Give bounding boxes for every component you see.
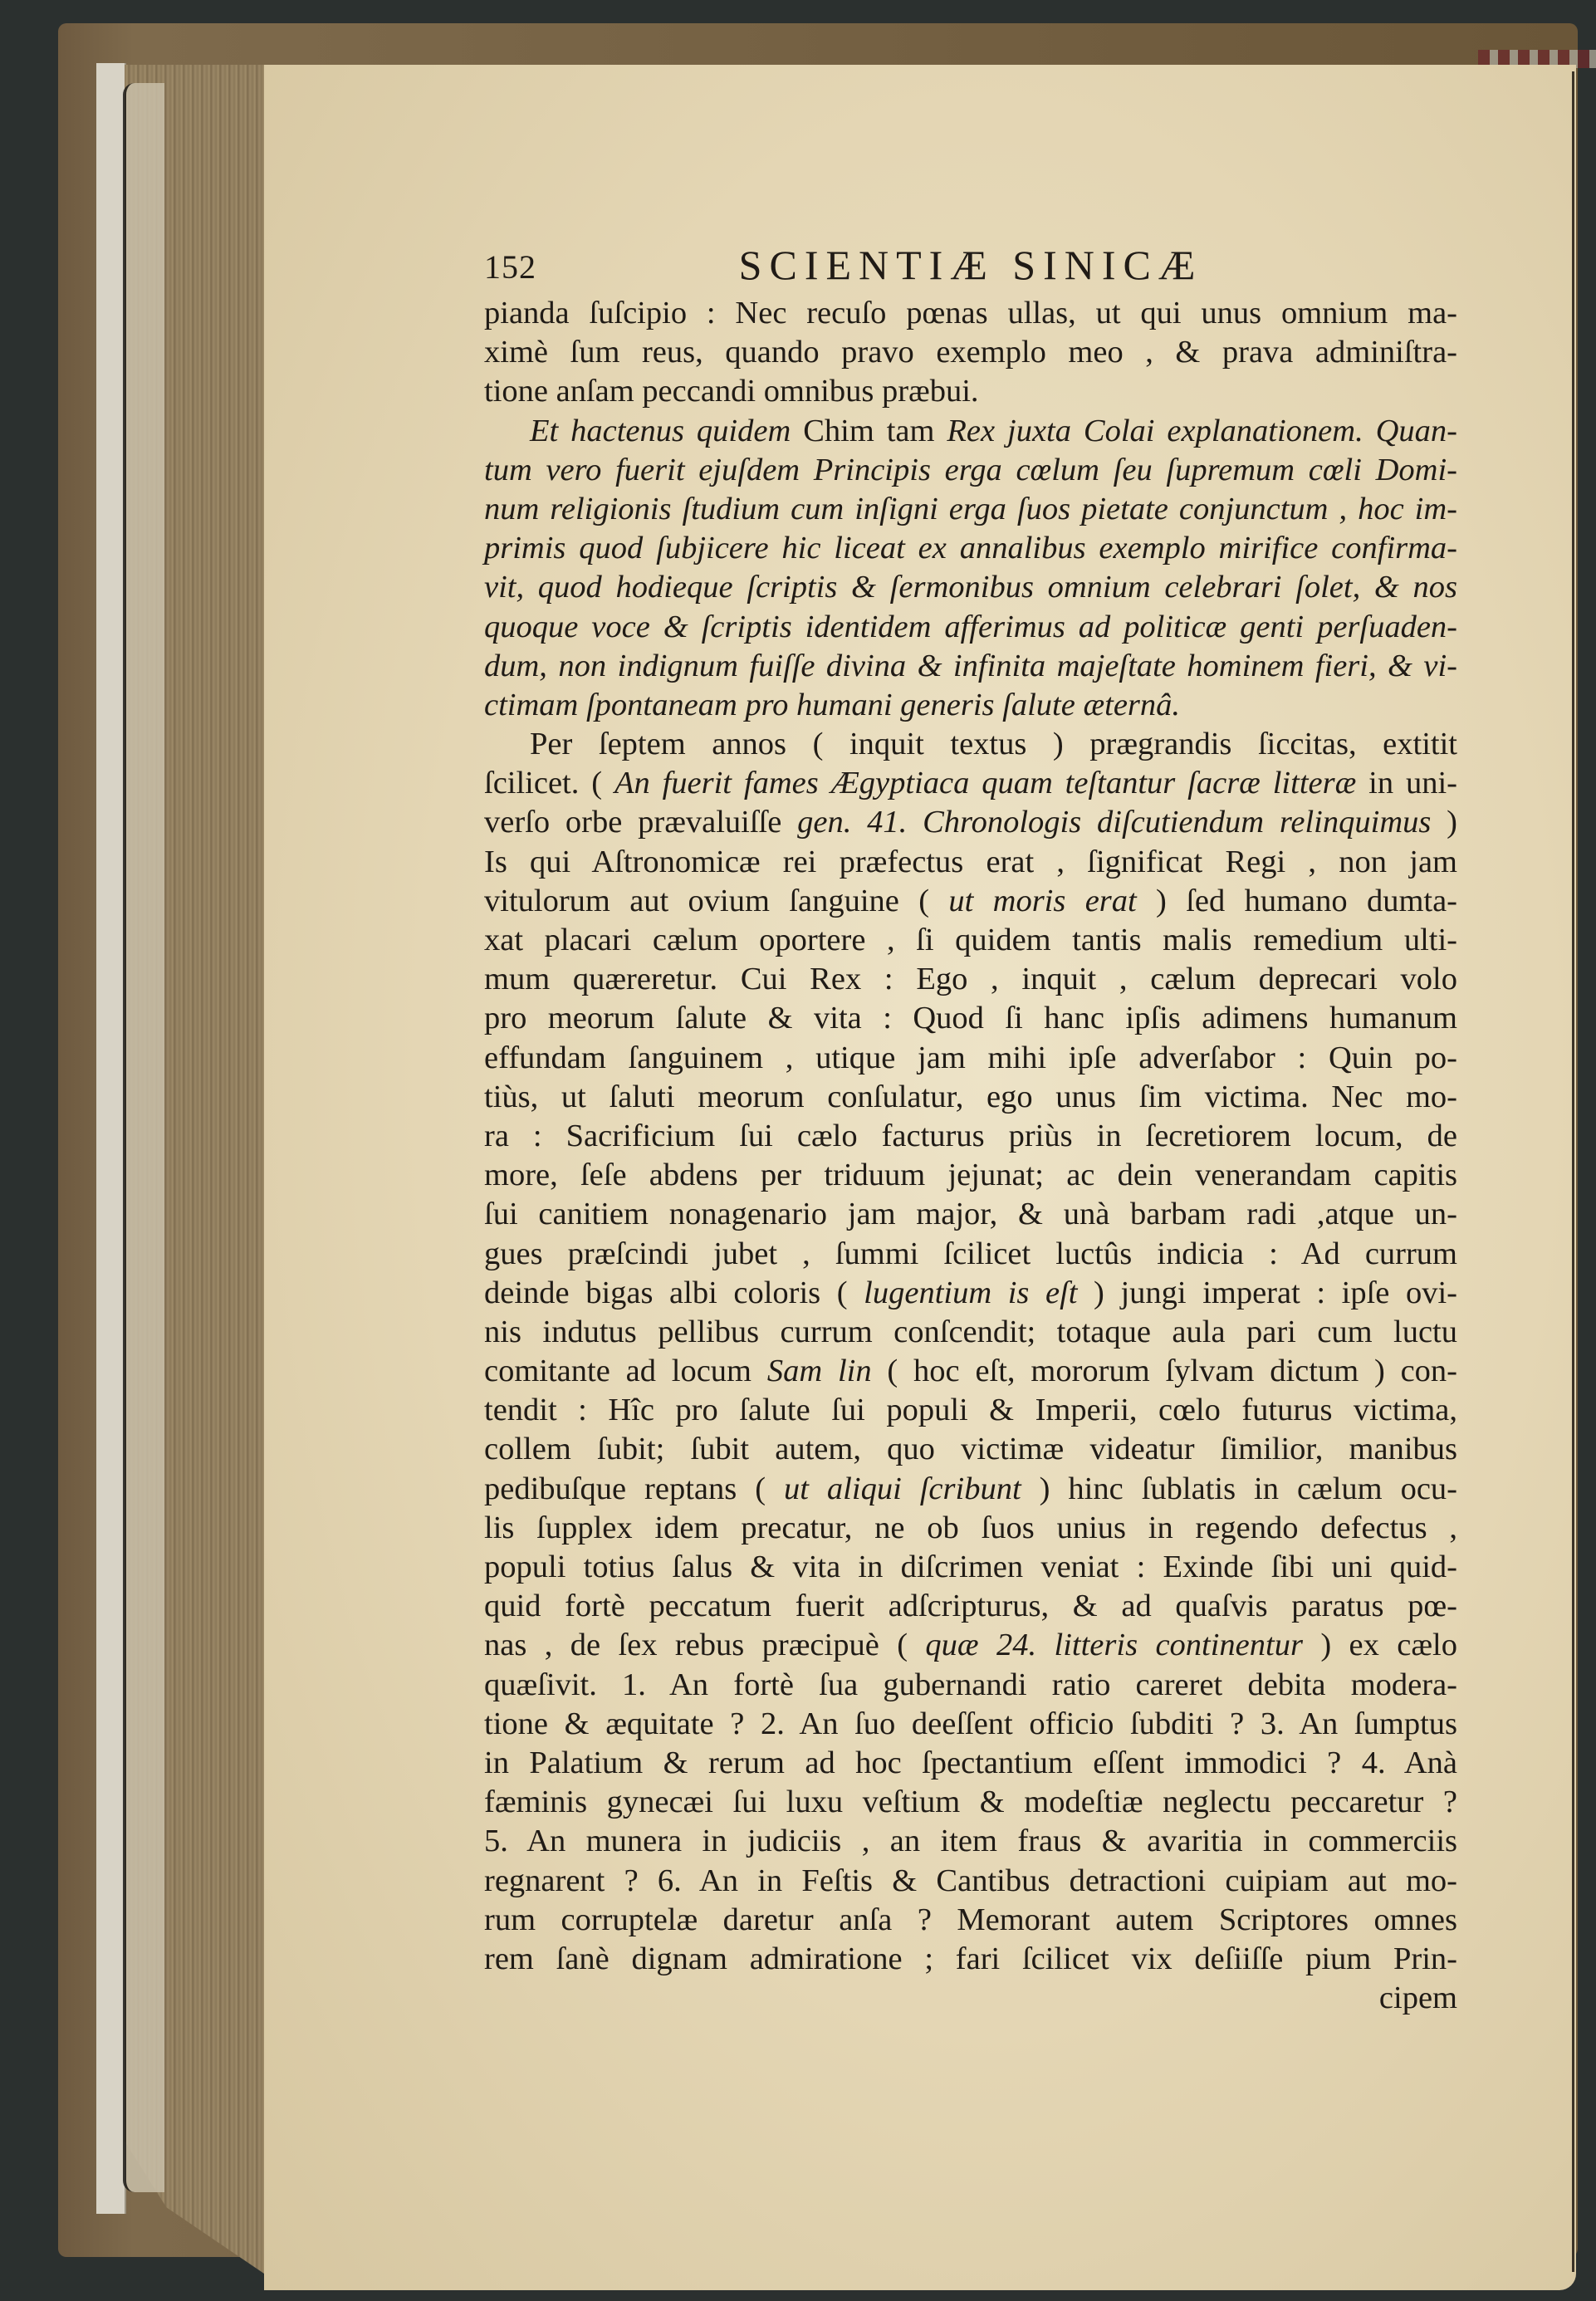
roman-text: ( hoc eſt, mororum ſylvam dictum ) con- (872, 1354, 1457, 1388)
roman-text: verſo orbe prævaluiſſe (484, 805, 797, 840)
roman-text: quid fortè peccatum fuerit adſcripturus,… (484, 1589, 1457, 1623)
roman-text: in Palatium & rerum ad hoc ſpectantium e… (484, 1745, 1457, 1780)
roman-text: tione & æquitate ? 2. An ſuo deeſſent of… (484, 1706, 1457, 1741)
text-line: nas , de ſex rebus præcipuè ( quæ 24. li… (484, 1626, 1457, 1665)
endpaper (96, 63, 126, 2214)
text-line: nis indutus pellibus currum conſcendit; … (484, 1313, 1457, 1352)
italic-text: ctimam ſpontaneam pro humani generis ſal… (484, 688, 1180, 722)
text-line: lis ſupplex idem precatur, ne ob ſuos un… (484, 1509, 1457, 1548)
page-title: SCIENTIÆ SINICÆ (484, 241, 1457, 289)
italic-text: ut moris erat (948, 884, 1136, 918)
roman-text: tendit : Hîc pro ſalute ſui populi & Imp… (484, 1393, 1457, 1427)
roman-text: vitulorum aut ovium ſanguine ( (484, 884, 948, 918)
text-line: dum, non indignum fuiſſe divina & infini… (484, 647, 1457, 686)
text-line: pianda ſuſcipio : Nec recuſo pœnas ullas… (484, 294, 1457, 333)
text-line: Et hactenus quidem Chim tam Rex juxta Co… (484, 412, 1457, 451)
text-line: fæminis gynecæi ſui luxu veſtium & modeſ… (484, 1783, 1457, 1822)
text-line: tione & æquitate ? 2. An ſuo deeſſent of… (484, 1705, 1457, 1744)
roman-text: gues præſcindi jubet , ſummi ſcilicet lu… (484, 1236, 1457, 1271)
italic-text: quæ 24. litteris continentur (925, 1628, 1303, 1662)
text-line: pro meorum ſalute & vita : Quod ſi hanc … (484, 999, 1457, 1038)
roman-text: comitante ad locum (484, 1354, 767, 1388)
text-line: comitante ad locum Sam lin ( hoc eſt, mo… (484, 1352, 1457, 1391)
text-line: more, ſeſe abdens per triduum jejunat; a… (484, 1156, 1457, 1195)
text-line: rem ſanè dignam admiratione ; fari ſcili… (484, 1940, 1457, 1979)
italic-text: dum, non indignum fuiſſe divina & infini… (484, 649, 1457, 683)
text-line: rum corruptelæ daretur anſa ? Memorant a… (484, 1901, 1457, 1940)
italic-text: vit, quod hodieque ſcriptis & ſermonibus… (484, 570, 1457, 605)
italic-text: primis quod ſubjicere hic liceat ex anna… (484, 531, 1457, 565)
roman-text: rum corruptelæ daretur anſa ? Memorant a… (484, 1902, 1457, 1937)
italic-text: ut aliqui ſcribunt (784, 1471, 1021, 1506)
text-line: ra : Sacrificium ſui cælo facturus priùs… (484, 1117, 1457, 1156)
roman-text: deinde bigas albi coloris ( (484, 1275, 864, 1310)
roman-text: nas , de ſex rebus præcipuè ( (484, 1628, 925, 1662)
text-line: tiùs, ut ſaluti meorum conſulatur, ego u… (484, 1078, 1457, 1117)
roman-text: ſui canitiem nonagenario jam major, & un… (484, 1197, 1457, 1231)
text-line: vitulorum aut ovium ſanguine ( ut moris … (484, 882, 1457, 921)
text-line: tum vero fuerit ejuſdem Principis erga c… (484, 451, 1457, 490)
roman-text: 5. An munera in judiciis , an item fraus… (484, 1824, 1457, 1858)
text-line: gues præſcindi jubet , ſummi ſcilicet lu… (484, 1235, 1457, 1274)
roman-text: ) ex cælo (1303, 1628, 1457, 1662)
bookmark-tab (123, 83, 164, 2192)
italic-text: gen. 41. Chronologis diſcutiendum relinq… (797, 805, 1431, 840)
roman-text: ) (1431, 805, 1457, 840)
roman-text: mum quæreretur. Cui Rex : Ego , inquit ,… (484, 962, 1457, 996)
body-text: pianda ſuſcipio : Nec recuſo pœnas ullas… (484, 294, 1457, 1979)
text-line: quæſivit. 1. An fortè ſua gubernandi rat… (484, 1666, 1457, 1705)
italic-text: tum vero fuerit ejuſdem Principis erga c… (484, 453, 1457, 487)
roman-text: more, ſeſe abdens per triduum jejunat; a… (484, 1158, 1457, 1192)
italic-text: Sam lin (767, 1354, 872, 1388)
roman-text: pro meorum ſalute & vita : Quod ſi hanc … (484, 1001, 1457, 1035)
italic-text: quoque voce & ſcriptis identidem afferim… (484, 610, 1457, 644)
text-line: xat placari cælum oportere , ſi quidem t… (484, 921, 1457, 960)
italic-text: Et hactenus quidem (530, 414, 803, 448)
roman-text: ximè ſum reus, quando pravo exemplo meo … (484, 335, 1457, 370)
text-line: regnarent ? 6. An in Feſtis & Cantibus d… (484, 1862, 1457, 1901)
roman-text: lis ſupplex idem precatur, ne ob ſuos un… (484, 1510, 1457, 1545)
italic-text: lugentium is eſt (864, 1275, 1077, 1310)
text-line: mum quæreretur. Cui Rex : Ego , inquit ,… (484, 960, 1457, 999)
text-line: ximè ſum reus, quando pravo exemplo meo … (484, 333, 1457, 372)
text-line: Is qui Aſtronomicæ rei præfectus erat , … (484, 843, 1457, 882)
text-line: in Palatium & rerum ad hoc ſpectantium e… (484, 1744, 1457, 1783)
text-line: ctimam ſpontaneam pro humani generis ſal… (484, 686, 1457, 725)
text-block: 152 SCIENTIÆ SINICÆ pianda ſuſcipio : Ne… (484, 241, 1457, 2018)
text-line: primis quod ſubjicere hic liceat ex anna… (484, 529, 1457, 568)
text-line: ſui canitiem nonagenario jam major, & un… (484, 1195, 1457, 1234)
text-line: collem ſubit; ſubit autem, quo victimæ v… (484, 1430, 1457, 1469)
roman-text: tione anſam peccandi omnibus præbui. (484, 374, 979, 409)
roman-text: nis indutus pellibus currum conſcendit; … (484, 1315, 1457, 1349)
text-line: populi totius ſalus & vita in diſcrimen … (484, 1548, 1457, 1587)
roman-text: collem ſubit; ſubit autem, quo victimæ v… (484, 1432, 1457, 1466)
running-head: 152 SCIENTIÆ SINICÆ (484, 241, 1457, 294)
italic-text: Rex juxta Colai explanationem. Quan- (947, 414, 1457, 448)
roman-text: rem ſanè dignam admiratione ; fari ſcili… (484, 1941, 1457, 1976)
text-line: vit, quod hodieque ſcriptis & ſermonibus… (484, 568, 1457, 607)
text-line: quoque voce & ſcriptis identidem afferim… (484, 608, 1457, 647)
roman-text: effundam ſanguinem , utique jam mihi ipſ… (484, 1040, 1457, 1075)
text-line: effundam ſanguinem , utique jam mihi ipſ… (484, 1039, 1457, 1078)
text-line: quid fortè peccatum fuerit adſcripturus,… (484, 1587, 1457, 1626)
roman-text: Per ſeptem annos ( inquit textus ) prægr… (530, 727, 1457, 761)
italic-text: An fuerit fames Ægyptiaca quam teſtantur… (614, 766, 1368, 800)
italic-text: num religionis ſtudium cum inſigni erga … (484, 492, 1457, 526)
roman-text: Is qui Aſtronomicæ rei præfectus erat , … (484, 845, 1457, 879)
roman-text: Chim tam (803, 414, 947, 448)
roman-text: ſcilicet. ( (484, 766, 614, 800)
gutter-line (1572, 71, 1574, 2272)
roman-text: tiùs, ut ſaluti meorum conſulatur, ego u… (484, 1080, 1457, 1114)
roman-text: ) jungi imperat : ipſe ovi- (1077, 1275, 1457, 1310)
text-line: num religionis ſtudium cum inſigni erga … (484, 490, 1457, 529)
text-line: ſcilicet. ( An fuerit fames Ægyptiaca qu… (484, 764, 1457, 803)
roman-text: ) ſed humano dumta- (1137, 884, 1457, 918)
roman-text: regnarent ? 6. An in Feſtis & Cantibus d… (484, 1863, 1457, 1898)
roman-text: ra : Sacrificium ſui cælo facturus priùs… (484, 1119, 1457, 1153)
text-line: pedibuſque reptans ( ut aliqui ſcribunt … (484, 1470, 1457, 1509)
roman-text: ) hinc ſublatis in cælum ocu- (1021, 1471, 1457, 1506)
text-line: deinde bigas albi coloris ( lugentium is… (484, 1274, 1457, 1313)
roman-text: xat placari cælum oportere , ſi quidem t… (484, 923, 1457, 957)
roman-text: fæminis gynecæi ſui luxu veſtium & modeſ… (484, 1784, 1457, 1819)
text-line: 5. An munera in judiciis , an item fraus… (484, 1822, 1457, 1861)
roman-text: quæſivit. 1. An fortè ſua gubernandi rat… (484, 1667, 1457, 1702)
roman-text: pianda ſuſcipio : Nec recuſo pœnas ullas… (484, 296, 1457, 330)
text-line: tione anſam peccandi omnibus præbui. (484, 372, 1457, 411)
catchword: cipem (484, 1979, 1457, 2018)
roman-text: pedibuſque reptans ( (484, 1471, 784, 1506)
text-line: tendit : Hîc pro ſalute ſui populi & Imp… (484, 1391, 1457, 1430)
roman-text: in uni- (1368, 766, 1457, 800)
text-line: verſo orbe prævaluiſſe gen. 41. Chronolo… (484, 803, 1457, 842)
roman-text: populi totius ſalus & vita in diſcrimen … (484, 1550, 1457, 1584)
text-line: Per ſeptem annos ( inquit textus ) prægr… (484, 725, 1457, 764)
